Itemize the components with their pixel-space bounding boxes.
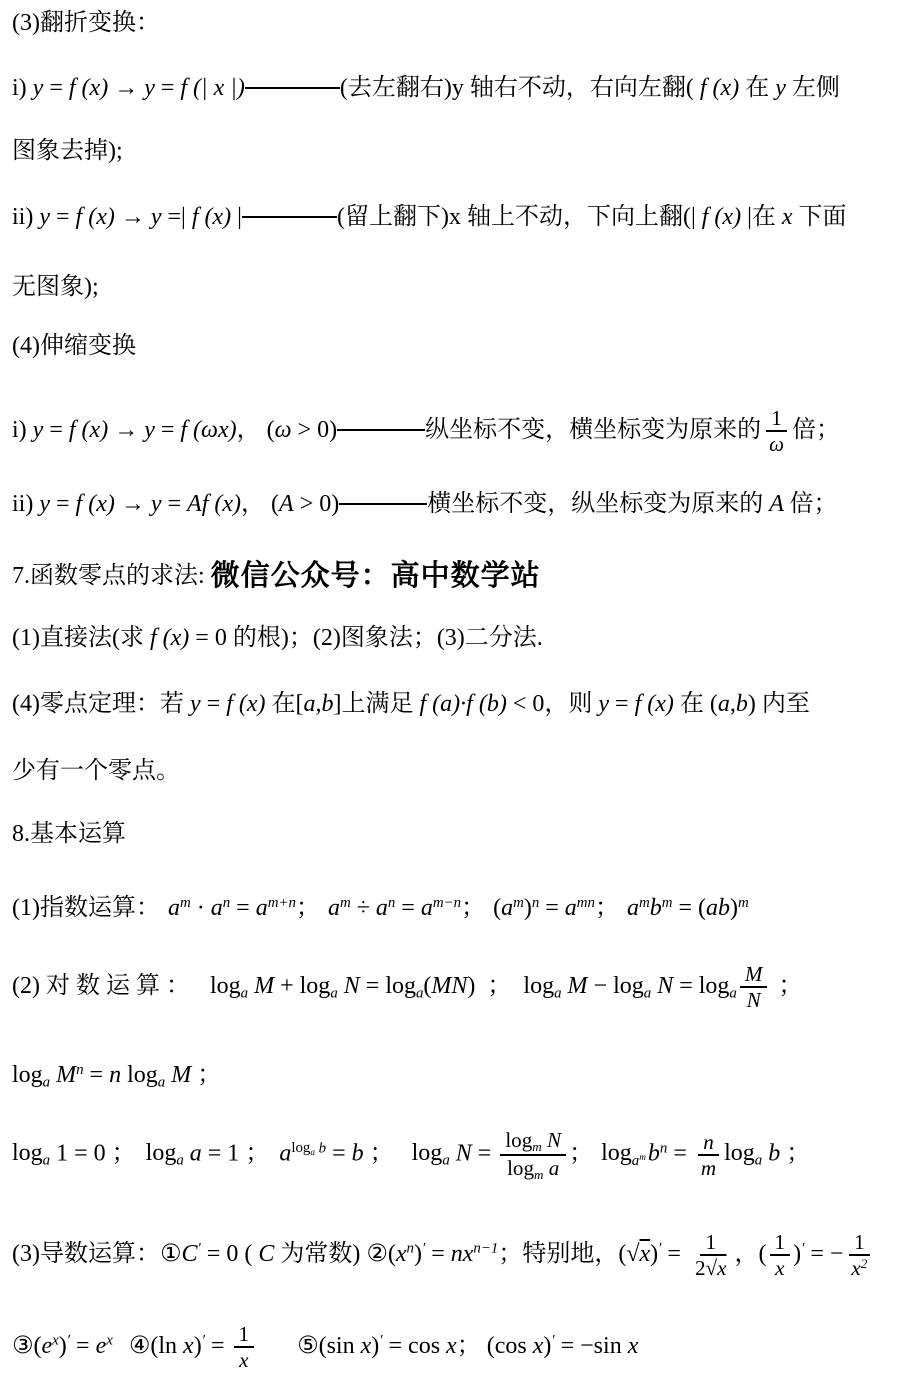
log-base: a <box>554 985 561 1001</box>
math-run: ( <box>710 691 718 717</box>
math-run: → <box>114 417 144 443</box>
text-run: (1)直接法(求 <box>12 625 144 651</box>
math-run: f (x) <box>192 204 231 230</box>
math-run: ) <box>467 973 475 999</box>
math-run: ii) <box>12 204 39 230</box>
text-run: 下面 <box>793 204 847 230</box>
text-run: (去左翻右)y 轴右不动，右向左翻( <box>340 75 694 101</box>
fold-rule-ii-cont: 无图象); <box>12 270 894 304</box>
stretch-rule-ii: ii) y = f (x) → y = Af (x)， (A > 0)横坐标不变… <box>12 487 894 521</box>
math-run: = <box>205 1333 231 1359</box>
fraction-denominator: x2 <box>846 1256 872 1280</box>
math-run: a <box>501 895 513 921</box>
math-run: ( <box>267 417 275 443</box>
fraction: 1x2 <box>846 1230 872 1281</box>
math-run: b <box>762 1140 786 1166</box>
math-run: ) <box>414 1241 422 1267</box>
math-run: b <box>650 895 662 921</box>
math-run: f (a)·f (b) <box>414 691 513 717</box>
math-run: = <box>162 491 188 517</box>
math-run: = cos <box>383 1333 447 1359</box>
text-run: 横坐标不变，纵坐标变为原来的 <box>427 491 769 517</box>
math-run: C <box>182 1241 198 1267</box>
math-run: ) <box>650 1241 658 1267</box>
math-run: A <box>769 491 789 517</box>
superscript: m−n <box>433 895 461 911</box>
math-run: x <box>782 204 793 230</box>
math-run: x <box>239 1348 248 1372</box>
fraction-numerator: logm N <box>500 1128 566 1156</box>
math-run: > 0) <box>294 491 340 517</box>
math-run: i) <box>12 417 33 443</box>
math-run: f (x) <box>76 204 121 230</box>
math-run: = <box>667 1140 693 1166</box>
log-operator: loga <box>724 1140 762 1166</box>
fraction-denominator: ω <box>764 432 789 456</box>
math-run: = 0 <box>195 625 233 651</box>
math-run: M <box>562 973 594 999</box>
log-base: m <box>534 1167 543 1182</box>
superscript: n−1 <box>473 1241 498 1257</box>
math-run: a,b <box>304 691 334 717</box>
text-run: (2) 对 数 运 算 ： <box>12 973 190 999</box>
math-run: = <box>366 973 386 999</box>
log-rules-3: loga 1 = 0 ；loga a = 1 ；aloga b = b ；log… <box>12 1128 894 1182</box>
log-base: a <box>241 985 248 1001</box>
text-run: 在 <box>680 691 710 717</box>
math-run: b <box>315 1140 326 1156</box>
fraction-numerator: 1 <box>849 1230 870 1256</box>
math-run: y <box>39 491 50 517</box>
superscript: m <box>639 1152 646 1162</box>
superscript: m+n <box>268 895 296 911</box>
text-run: ③ <box>12 1333 34 1359</box>
math-run: ) <box>194 1333 202 1359</box>
math-run: nx <box>451 1241 474 1267</box>
math-run: f (x) <box>76 491 121 517</box>
fraction-numerator: 1 <box>234 1322 255 1348</box>
math-run: = 1 <box>202 1140 246 1166</box>
math-run: =| <box>162 204 192 230</box>
log-operator: loga <box>699 973 737 999</box>
math-run: x <box>183 1333 194 1359</box>
text-run: 7.函数零点的求法: <box>12 563 211 589</box>
math-run: → <box>121 204 151 230</box>
text-run: 在 <box>272 691 296 717</box>
text-run: ， <box>241 491 271 517</box>
math-run: = <box>155 417 181 443</box>
text-run: ； <box>778 973 802 999</box>
text-run: ④ <box>129 1333 151 1359</box>
math-run: a <box>627 895 639 921</box>
math-run: x <box>628 1333 639 1359</box>
log-operator: loga <box>300 973 338 999</box>
log-operator: loga <box>146 1140 184 1166</box>
math-run: = <box>679 973 699 999</box>
math-run: ( <box>271 491 279 517</box>
math-run: x <box>361 1333 372 1359</box>
math-run: a <box>565 895 577 921</box>
math-run: + <box>280 973 300 999</box>
math-run: (ln <box>150 1333 183 1359</box>
text-run: 无图象); <box>12 274 99 300</box>
fold-rule-ii: ii) y = f (x) → y =| f (x) |(留上翻下)x 轴上不动… <box>12 200 894 234</box>
text-run: 上满足 <box>342 691 414 717</box>
math-run: MN <box>431 973 467 999</box>
log-operator: logm <box>507 1156 543 1180</box>
log-base: a <box>43 1075 50 1091</box>
math-run: ] <box>334 691 342 717</box>
log-operator: loga <box>12 1140 50 1166</box>
math-run: = −sin <box>555 1333 628 1359</box>
basic-operations-heading: 8.基本运算 <box>12 817 894 851</box>
derivative-rules-2: ③(ex)′ = ex④(ln x)′ = 1x⑤(sin x)′ = cos … <box>12 1322 894 1373</box>
math-run: a <box>421 895 433 921</box>
math-run: = <box>425 1241 451 1267</box>
text-run: ； <box>296 895 320 921</box>
math-run: = <box>70 1333 96 1359</box>
math-run: ab <box>706 895 730 921</box>
superscript: n <box>407 1241 414 1257</box>
text-run: 左侧 <box>786 75 840 101</box>
log-operator: loga <box>210 973 248 999</box>
sqrt-radicand: x <box>717 1256 726 1280</box>
math-run: a,b <box>718 691 748 717</box>
math-run: N <box>651 973 679 999</box>
text-run: 倍； <box>792 417 840 443</box>
math-run: ( <box>759 1241 767 1267</box>
text-run: ⑤ <box>297 1333 319 1359</box>
fraction: 1ω <box>764 406 789 457</box>
log-base: a <box>43 1153 50 1169</box>
text-run: ； <box>197 1062 221 1088</box>
log-operator: loga <box>613 973 651 999</box>
math-run: 1 = 0 <box>50 1140 112 1166</box>
text-run: 内至 <box>762 691 810 717</box>
math-run: N <box>747 988 761 1012</box>
log-base: a <box>330 985 337 1001</box>
math-run: N <box>542 1128 561 1152</box>
fraction: 1x <box>770 1230 791 1281</box>
math-run: a <box>211 895 223 921</box>
dash-line <box>245 87 340 89</box>
text-run: ，则 <box>544 691 598 717</box>
fraction-denominator: x <box>770 1256 789 1280</box>
text-run: ； <box>786 1140 810 1166</box>
math-run: = <box>472 1140 498 1166</box>
math-run: = <box>395 895 421 921</box>
log-operator: loga <box>127 1062 165 1088</box>
math-run: = <box>50 491 76 517</box>
math-run: a <box>184 1140 202 1166</box>
math-run: m <box>701 1156 716 1180</box>
log-base: a <box>729 985 736 1001</box>
math-run: i) <box>12 75 33 101</box>
exponent-rules: (1)指数运算：am · an = am+n；am ÷ an = am−n；(a… <box>12 886 894 925</box>
math-run: = − <box>804 1241 843 1267</box>
text-run: 在 <box>745 75 775 101</box>
math-run: ω <box>275 417 292 443</box>
math-run: ( <box>34 1333 42 1359</box>
fraction: 12√x <box>690 1230 732 1281</box>
superscript: m <box>738 895 749 911</box>
math-run: x <box>775 1256 784 1280</box>
text-run: ； <box>595 895 619 921</box>
log-base: a <box>176 1153 183 1169</box>
log-rules-1: (2) 对 数 运 算 ：loga M + loga N = loga(MN)；… <box>12 962 894 1013</box>
math-run: = <box>155 75 181 101</box>
fraction-numerator: 1 <box>770 1230 791 1256</box>
math-run: = <box>326 1140 352 1166</box>
text-run: (1)指数运算： <box>12 895 160 921</box>
math-run: 1 <box>771 406 782 430</box>
log-operator: logam <box>601 1140 646 1166</box>
log-operator: loga <box>385 973 423 999</box>
text-run: ， <box>735 1241 759 1267</box>
math-run: N <box>450 1140 472 1166</box>
math-run: b <box>352 1140 370 1166</box>
log-base: a <box>442 1153 449 1169</box>
math-run: f (x) <box>635 691 680 717</box>
math-run: 1 <box>854 1230 865 1254</box>
math-run: < 0 <box>513 691 545 717</box>
text-run: (4)零点定理：若 <box>12 691 190 717</box>
math-run: ω <box>769 432 784 456</box>
math-run: y <box>151 204 162 230</box>
text-run: 为常数) ② <box>280 1241 388 1267</box>
math-run: = 0 ( <box>201 1241 253 1267</box>
superscript: loga b <box>291 1140 326 1156</box>
math-run: a <box>328 895 340 921</box>
math-run: ii) <box>12 491 39 517</box>
math-run: e <box>42 1333 53 1359</box>
math-run: y <box>33 417 44 443</box>
fraction-denominator: m <box>696 1156 721 1180</box>
wechat-watermark-text: 微信公众号：高中数学站 <box>211 560 541 592</box>
sqrt-expression: √x <box>626 1241 650 1267</box>
math-run: ( <box>388 1241 396 1267</box>
fold-transform-title: (3)翻折变换： <box>12 6 894 40</box>
math-run: = <box>539 895 565 921</box>
log-operator: loga <box>412 1140 450 1166</box>
math-run: b <box>648 1140 660 1166</box>
text-run: ； <box>112 1140 136 1166</box>
math-run: = ( <box>672 895 706 921</box>
math-run: 1 <box>775 1230 786 1254</box>
math-run: f (x) <box>69 75 114 101</box>
math-run: f (x) <box>144 625 195 651</box>
math-run: (cos <box>487 1333 533 1359</box>
math-run: M <box>50 1062 76 1088</box>
math-run: 1 <box>239 1322 250 1346</box>
math-run: x <box>851 1256 860 1280</box>
dash-line <box>242 216 337 218</box>
math-run: a <box>168 895 180 921</box>
math-run: f (x) <box>69 417 114 443</box>
math-run: f (x) <box>696 204 747 230</box>
math-run: a <box>376 895 388 921</box>
zero-point-heading: 7.函数零点的求法: 微信公众号：高中数学站 <box>12 559 894 593</box>
math-run: 2 <box>695 1256 706 1280</box>
zero-point-theorem: (4)零点定理：若 y = f (x) 在[a,b]上满足 f (a)·f (b… <box>12 687 894 721</box>
superscript: m <box>340 895 351 911</box>
fold-rule-i-cont: 图象去掉); <box>12 134 894 168</box>
text-run: ； <box>569 1140 593 1166</box>
math-run: n <box>703 1130 714 1154</box>
fraction-denominator: x <box>234 1348 253 1372</box>
math-run: x <box>446 1333 457 1359</box>
math-run: ( <box>493 895 501 921</box>
stretch-rule-i: i) y = f (x) → y = f (ωx)， (ω > 0)纵坐标不变，… <box>12 406 894 457</box>
math-run: · <box>191 895 211 921</box>
text-run: 图象去掉); <box>12 138 123 164</box>
math-run: ) <box>524 895 532 921</box>
text-run: 倍； <box>789 491 837 517</box>
math-run: = <box>230 895 256 921</box>
math-run: y <box>775 75 786 101</box>
math-run: M <box>745 962 763 986</box>
math-run: ) <box>59 1333 67 1359</box>
math-run: > 0) <box>292 417 338 443</box>
superscript: n <box>76 1062 83 1078</box>
math-run: = <box>43 75 69 101</box>
zero-point-theorem-cont: 少有一个零点。 <box>12 754 894 788</box>
superscript: x <box>52 1333 59 1349</box>
fraction: 1x <box>234 1322 255 1373</box>
fraction-denominator: logm a <box>502 1156 564 1182</box>
log-operator: loga <box>12 1062 50 1088</box>
text-run: ； <box>487 973 511 999</box>
derivative-rules-1: (3)导数运算：①C′ = 0 ( C 为常数) ②(xn)′ = nxn−1；… <box>12 1230 894 1281</box>
fraction: nm <box>696 1130 721 1181</box>
text-run: (4)伸缩变换 <box>12 333 136 359</box>
math-run: f (x) <box>226 691 271 717</box>
math-run: = <box>609 691 635 717</box>
dash-line <box>339 503 427 505</box>
fraction-numerator: n <box>698 1130 719 1156</box>
text-run: ； <box>457 1333 481 1359</box>
log-base: m <box>532 1139 541 1154</box>
text-run: 8.基本运算 <box>12 821 126 847</box>
text-run: 少有一个零点。 <box>12 758 180 784</box>
fraction: MN <box>740 962 768 1013</box>
math-run: n <box>109 1062 127 1088</box>
text-run: ； <box>370 1140 394 1166</box>
math-run: ) <box>748 691 762 717</box>
math-run: 1 <box>705 1230 716 1254</box>
log-rules-2: loga Mn = n loga M ； <box>12 1053 894 1100</box>
log-operator: loga <box>291 1140 315 1156</box>
superscript: m <box>639 895 650 911</box>
text-run: (3)翻折变换： <box>12 10 160 36</box>
math-notes-page: (3)翻折变换： i) y = f (x) → y = f (| x |)(去左… <box>0 0 900 1382</box>
math-run: → <box>121 491 151 517</box>
superscript: m <box>662 895 673 911</box>
text-run: ； <box>461 895 485 921</box>
math-run: N <box>338 973 366 999</box>
stretch-transform-title: (4)伸缩变换 <box>12 329 894 363</box>
math-run: = <box>84 1062 110 1088</box>
math-run: f (| x |) <box>180 75 245 101</box>
math-run: | <box>231 204 242 230</box>
math-run: y <box>151 491 162 517</box>
fold-rule-i: i) y = f (x) → y = f (| x |)(去左翻右)y 轴右不动… <box>12 71 894 105</box>
text-run: ； <box>245 1140 269 1166</box>
math-run: x <box>396 1241 407 1267</box>
math-run: A <box>279 491 294 517</box>
math-run: y <box>144 75 155 101</box>
sqrt-expression: √x <box>706 1256 727 1280</box>
log-operator: loga <box>523 973 561 999</box>
math-run: y <box>39 204 50 230</box>
superscript: 2 <box>861 1256 868 1271</box>
fraction-denominator: 2√x <box>690 1256 732 1280</box>
math-run: y <box>144 417 155 443</box>
fraction-numerator: 1 <box>700 1230 721 1256</box>
math-run: Af (x) <box>187 491 241 517</box>
log-base: am <box>632 1153 646 1169</box>
math-run: y <box>190 691 201 717</box>
text-run: 纵坐标不变，横坐标变为原来的 <box>425 417 761 443</box>
math-run: = <box>50 204 76 230</box>
fraction: logm Nlogm a <box>500 1128 566 1182</box>
text-run: ；特别地， <box>498 1241 618 1267</box>
text-run: 的根)；(2)图象法；(3)二分法. <box>233 625 543 651</box>
math-run: y <box>33 75 44 101</box>
math-run: a <box>256 895 268 921</box>
math-run: M <box>165 1062 197 1088</box>
math-run: a <box>544 1156 560 1180</box>
math-run: ) <box>730 895 738 921</box>
text-run: |在 <box>747 204 782 230</box>
fraction-numerator: M <box>740 962 768 988</box>
math-run: a <box>279 1140 291 1166</box>
superscript: mn <box>577 895 595 911</box>
math-run: → <box>114 75 144 101</box>
sqrt-radicand: x <box>640 1241 651 1267</box>
math-run: = <box>201 691 227 717</box>
math-run: = <box>43 417 69 443</box>
math-run: ) <box>793 1241 801 1267</box>
math-run: y <box>598 691 609 717</box>
log-operator: logm <box>505 1128 541 1152</box>
math-run: e <box>96 1333 107 1359</box>
math-run: − <box>594 973 614 999</box>
math-run: x <box>533 1333 544 1359</box>
math-run: C <box>252 1241 280 1267</box>
text-run: ， <box>237 417 267 443</box>
dash-line <box>337 429 425 431</box>
superscript: m <box>180 895 191 911</box>
math-run: f (ωx) <box>180 417 236 443</box>
fraction-numerator: 1 <box>766 406 787 432</box>
superscript: m <box>513 895 524 911</box>
text-run: (留上翻下)x 轴上不动，下向上翻(| <box>337 204 696 230</box>
math-run: [ <box>296 691 304 717</box>
math-run: M <box>248 973 280 999</box>
math-run: ÷ <box>351 895 376 921</box>
math-run: = <box>661 1241 687 1267</box>
text-run: (3)导数运算：① <box>12 1241 182 1267</box>
math-run: (sin <box>319 1333 361 1359</box>
superscript: x <box>106 1333 113 1349</box>
math-run: f (x) <box>694 75 745 101</box>
fraction-denominator: N <box>742 988 766 1012</box>
zero-point-methods: (1)直接法(求 f (x) = 0 的根)；(2)图象法；(3)二分法. <box>12 621 894 655</box>
